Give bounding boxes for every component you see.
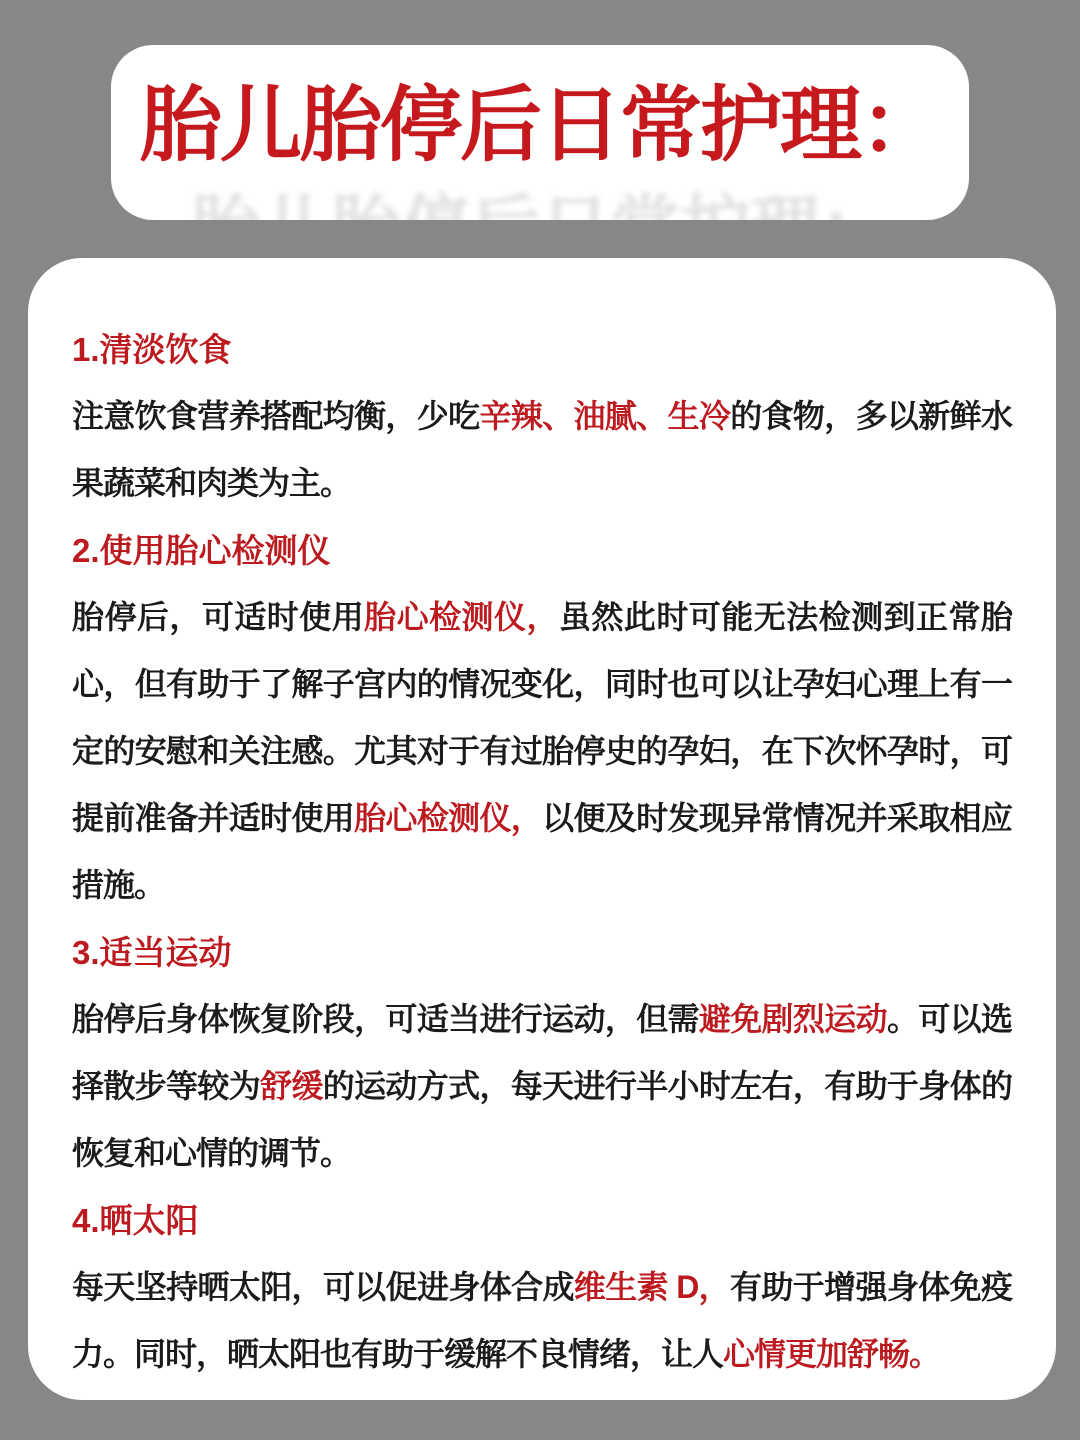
section-heading: 4.晒太阳 — [72, 1187, 1012, 1254]
section-paragraph: 胎停后身体恢复阶段，可适当进行运动，但需避免剧烈运动。可以选择散步等较为舒缓的运… — [72, 986, 1012, 1187]
page-title: 胎儿胎停后日常护理： — [111, 85, 969, 167]
ghost-watermark: 胎儿胎停后日常护理： — [111, 193, 969, 220]
highlight-text: 辛辣、油腻、生冷 — [479, 398, 730, 434]
body-text: 胎停后身体恢复阶段，可适当进行运动，但需 — [72, 1001, 699, 1037]
sections-list: 1.清淡饮食注意饮食营养搭配均衡，少吃辛辣、油腻、生冷的食物，多以新鲜水果蔬菜和… — [72, 316, 1012, 1388]
section-heading: 3.适当运动 — [72, 919, 1012, 986]
content-card: 1.清淡饮食注意饮食营养搭配均衡，少吃辛辣、油腻、生冷的食物，多以新鲜水果蔬菜和… — [28, 258, 1056, 1400]
highlight-text: 维生素 D， — [574, 1269, 730, 1305]
highlight-text: 避免剧烈运动 — [699, 1001, 887, 1037]
section-paragraph: 胎停后，可适时使用胎心检测仪，虽然此时可能无法检测到正常胎心，但有助于了解子宫内… — [72, 584, 1012, 919]
poster-page: 胎儿胎停后日常护理： 胎儿胎停后日常护理： 1.清淡饮食注意饮食营养搭配均衡，少… — [0, 0, 1080, 1440]
highlight-text: 胎心检测仪， — [354, 800, 542, 836]
section-heading: 2.使用胎心检测仪 — [72, 517, 1012, 584]
body-text: 胎停后，可适时使用 — [72, 599, 364, 635]
section-paragraph: 每天坚持晒太阳，可以促进身体合成维生素 D，有助于增强身体免疫力。同时，晒太阳也… — [72, 1254, 1012, 1388]
body-text: 每天坚持晒太阳，可以促进身体合成 — [72, 1269, 574, 1305]
body-text: 注意饮食营养搭配均衡，少吃 — [72, 398, 479, 434]
highlight-text: 心情更加舒畅。 — [723, 1336, 940, 1372]
highlight-text: 胎心检测仪， — [364, 599, 559, 635]
section-heading: 1.清淡饮食 — [72, 316, 1012, 383]
section-paragraph: 注意饮食营养搭配均衡，少吃辛辣、油腻、生冷的食物，多以新鲜水果蔬菜和肉类为主。 — [72, 383, 1012, 517]
title-card: 胎儿胎停后日常护理： 胎儿胎停后日常护理： — [111, 45, 969, 220]
highlight-text: 舒缓 — [260, 1068, 323, 1104]
